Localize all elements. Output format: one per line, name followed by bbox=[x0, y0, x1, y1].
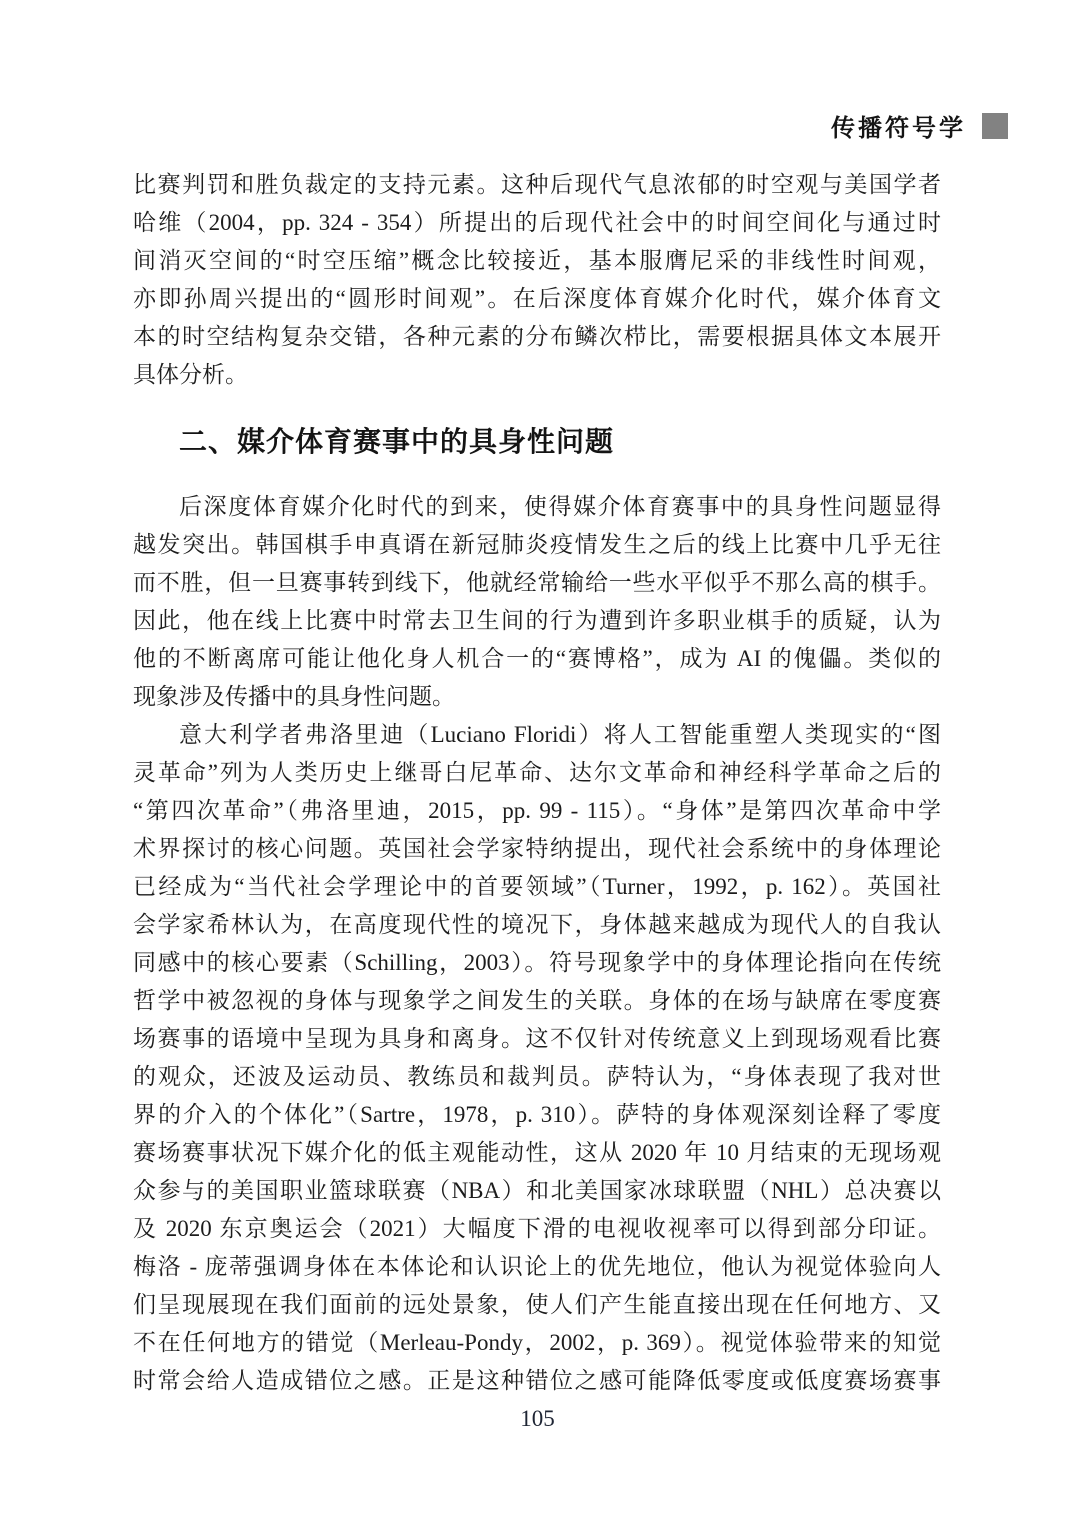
text-line: 众参与的美国职业篮球联赛（NBA）和北美国家冰球联盟（NHL）总决赛以 bbox=[133, 1172, 941, 1210]
text-line: 术界探讨的核心问题。英国社会学家特纳提出，现代社会系统中的身体理论 bbox=[133, 830, 941, 868]
text-line: 亦即孙周兴提出的“圆形时间观”。在后深度体育媒介化时代，媒介体育文 bbox=[133, 280, 941, 318]
text-line: 而不胜，但一旦赛事转到线下，他就经常输给一些水平似乎不那么高的棋手。 bbox=[133, 564, 941, 602]
text-line: 灵革命”列为人类历史上继哥白尼革命、达尔文革命和神经科学革命之后的 bbox=[133, 754, 941, 792]
text-line: 具体分析。 bbox=[133, 356, 941, 394]
text-line: 因此，他在线上比赛中时常去卫生间的行为遭到许多职业棋手的质疑，认为 bbox=[133, 602, 941, 640]
paragraph: 意大利学者弗洛里迪（Luciano Floridi）将人工智能重塑人类现实的“图… bbox=[133, 716, 941, 1400]
running-header-title: 传播符号学 bbox=[831, 108, 966, 143]
text-line: 哲学中被忽视的身体与现象学之间发生的关联。身体的在场与缺席在零度赛 bbox=[133, 982, 941, 1020]
text-line: 界的介入的个体化”（Sartre，1978，p. 310）。萨特的身体观深刻诠释… bbox=[133, 1096, 941, 1134]
text-line: 场赛事的语境中呈现为具身和离身。这不仅针对传统意义上到现场观看比赛 bbox=[133, 1020, 941, 1058]
text-line: 的观众，还波及运动员、教练员和裁判员。萨特认为，“身体表现了我对世 bbox=[133, 1058, 941, 1096]
text-line: 同感中的核心要素（Schilling，2003）。符号现象学中的身体理论指向在传… bbox=[133, 944, 941, 982]
header-marker-square bbox=[982, 113, 1008, 139]
paragraph: 后深度体育媒介化时代的到来，使得媒介体育赛事中的具身性问题显得 越发突出。韩国棋… bbox=[133, 488, 941, 716]
text-column: 比赛判罚和胜负裁定的支持元素。这种后现代气息浓郁的时空观与美国学者 哈维（200… bbox=[133, 166, 941, 1400]
section-heading: 二、媒介体育赛事中的具身性问题 bbox=[133, 420, 941, 464]
text-line: 梅洛 - 庞蒂强调身体在本体论和认识论上的优先地位，他认为视觉体验向人 bbox=[133, 1248, 941, 1286]
text-line: 们呈现展现在我们面前的远处景象，使人们产生能直接出现在任何地方、又 bbox=[133, 1286, 941, 1324]
text-line: 本的时空结构复杂交错，各种元素的分布鳞次栉比，需要根据具体文本展开 bbox=[133, 318, 941, 356]
text-line: 他的不断离席可能让他化身人机合一的“赛博格”，成为 AI 的傀儡。类似的 bbox=[133, 640, 941, 678]
paragraph-continuation: 比赛判罚和胜负裁定的支持元素。这种后现代气息浓郁的时空观与美国学者 哈维（200… bbox=[133, 166, 941, 394]
text-line: 会学家希林认为，在高度现代性的境况下，身体越来越成为现代人的自我认 bbox=[133, 906, 941, 944]
text-line: “第四次革命”（弗洛里迪，2015，pp. 99 - 115）。“身体”是第四次… bbox=[133, 792, 941, 830]
text-line: 时常会给人造成错位之感。正是这种错位之感可能降低零度或低度赛场赛事 bbox=[133, 1362, 941, 1400]
text-line: 意大利学者弗洛里迪（Luciano Floridi）将人工智能重塑人类现实的“图 bbox=[133, 716, 941, 754]
text-line: 越发突出。韩国棋手申真谞在新冠肺炎疫情发生之后的线上比赛中几乎无往 bbox=[133, 526, 941, 564]
text-line: 间消灭空间的“时空压缩”概念比较接近，基本服膺尼采的非线性时间观， bbox=[133, 242, 941, 280]
running-header: 传播符号学 bbox=[0, 108, 1008, 143]
text-line: 比赛判罚和胜负裁定的支持元素。这种后现代气息浓郁的时空观与美国学者 bbox=[133, 166, 941, 204]
text-line: 已经成为“当代社会学理论中的首要领域”（Turner，1992，p. 162）。… bbox=[133, 868, 941, 906]
text-line: 赛场赛事状况下媒介化的低主观能动性，这从 2020 年 10 月结束的无现场观 bbox=[133, 1134, 941, 1172]
text-line: 及 2020 东京奥运会（2021）大幅度下滑的电视收视率可以得到部分印证。 bbox=[133, 1210, 941, 1248]
page-number: 105 bbox=[0, 1406, 1075, 1432]
text-line: 哈维（2004，pp. 324 - 354）所提出的后现代社会中的时间空间化与通… bbox=[133, 204, 941, 242]
text-line: 现象涉及传播中的具身性问题。 bbox=[133, 678, 941, 716]
book-page: 传播符号学 比赛判罚和胜负裁定的支持元素。这种后现代气息浓郁的时空观与美国学者 … bbox=[0, 0, 1075, 1530]
text-line: 不在任何地方的错觉（Merleau-Pondy，2002，p. 369）。视觉体… bbox=[133, 1324, 941, 1362]
text-line: 后深度体育媒介化时代的到来，使得媒介体育赛事中的具身性问题显得 bbox=[133, 488, 941, 526]
